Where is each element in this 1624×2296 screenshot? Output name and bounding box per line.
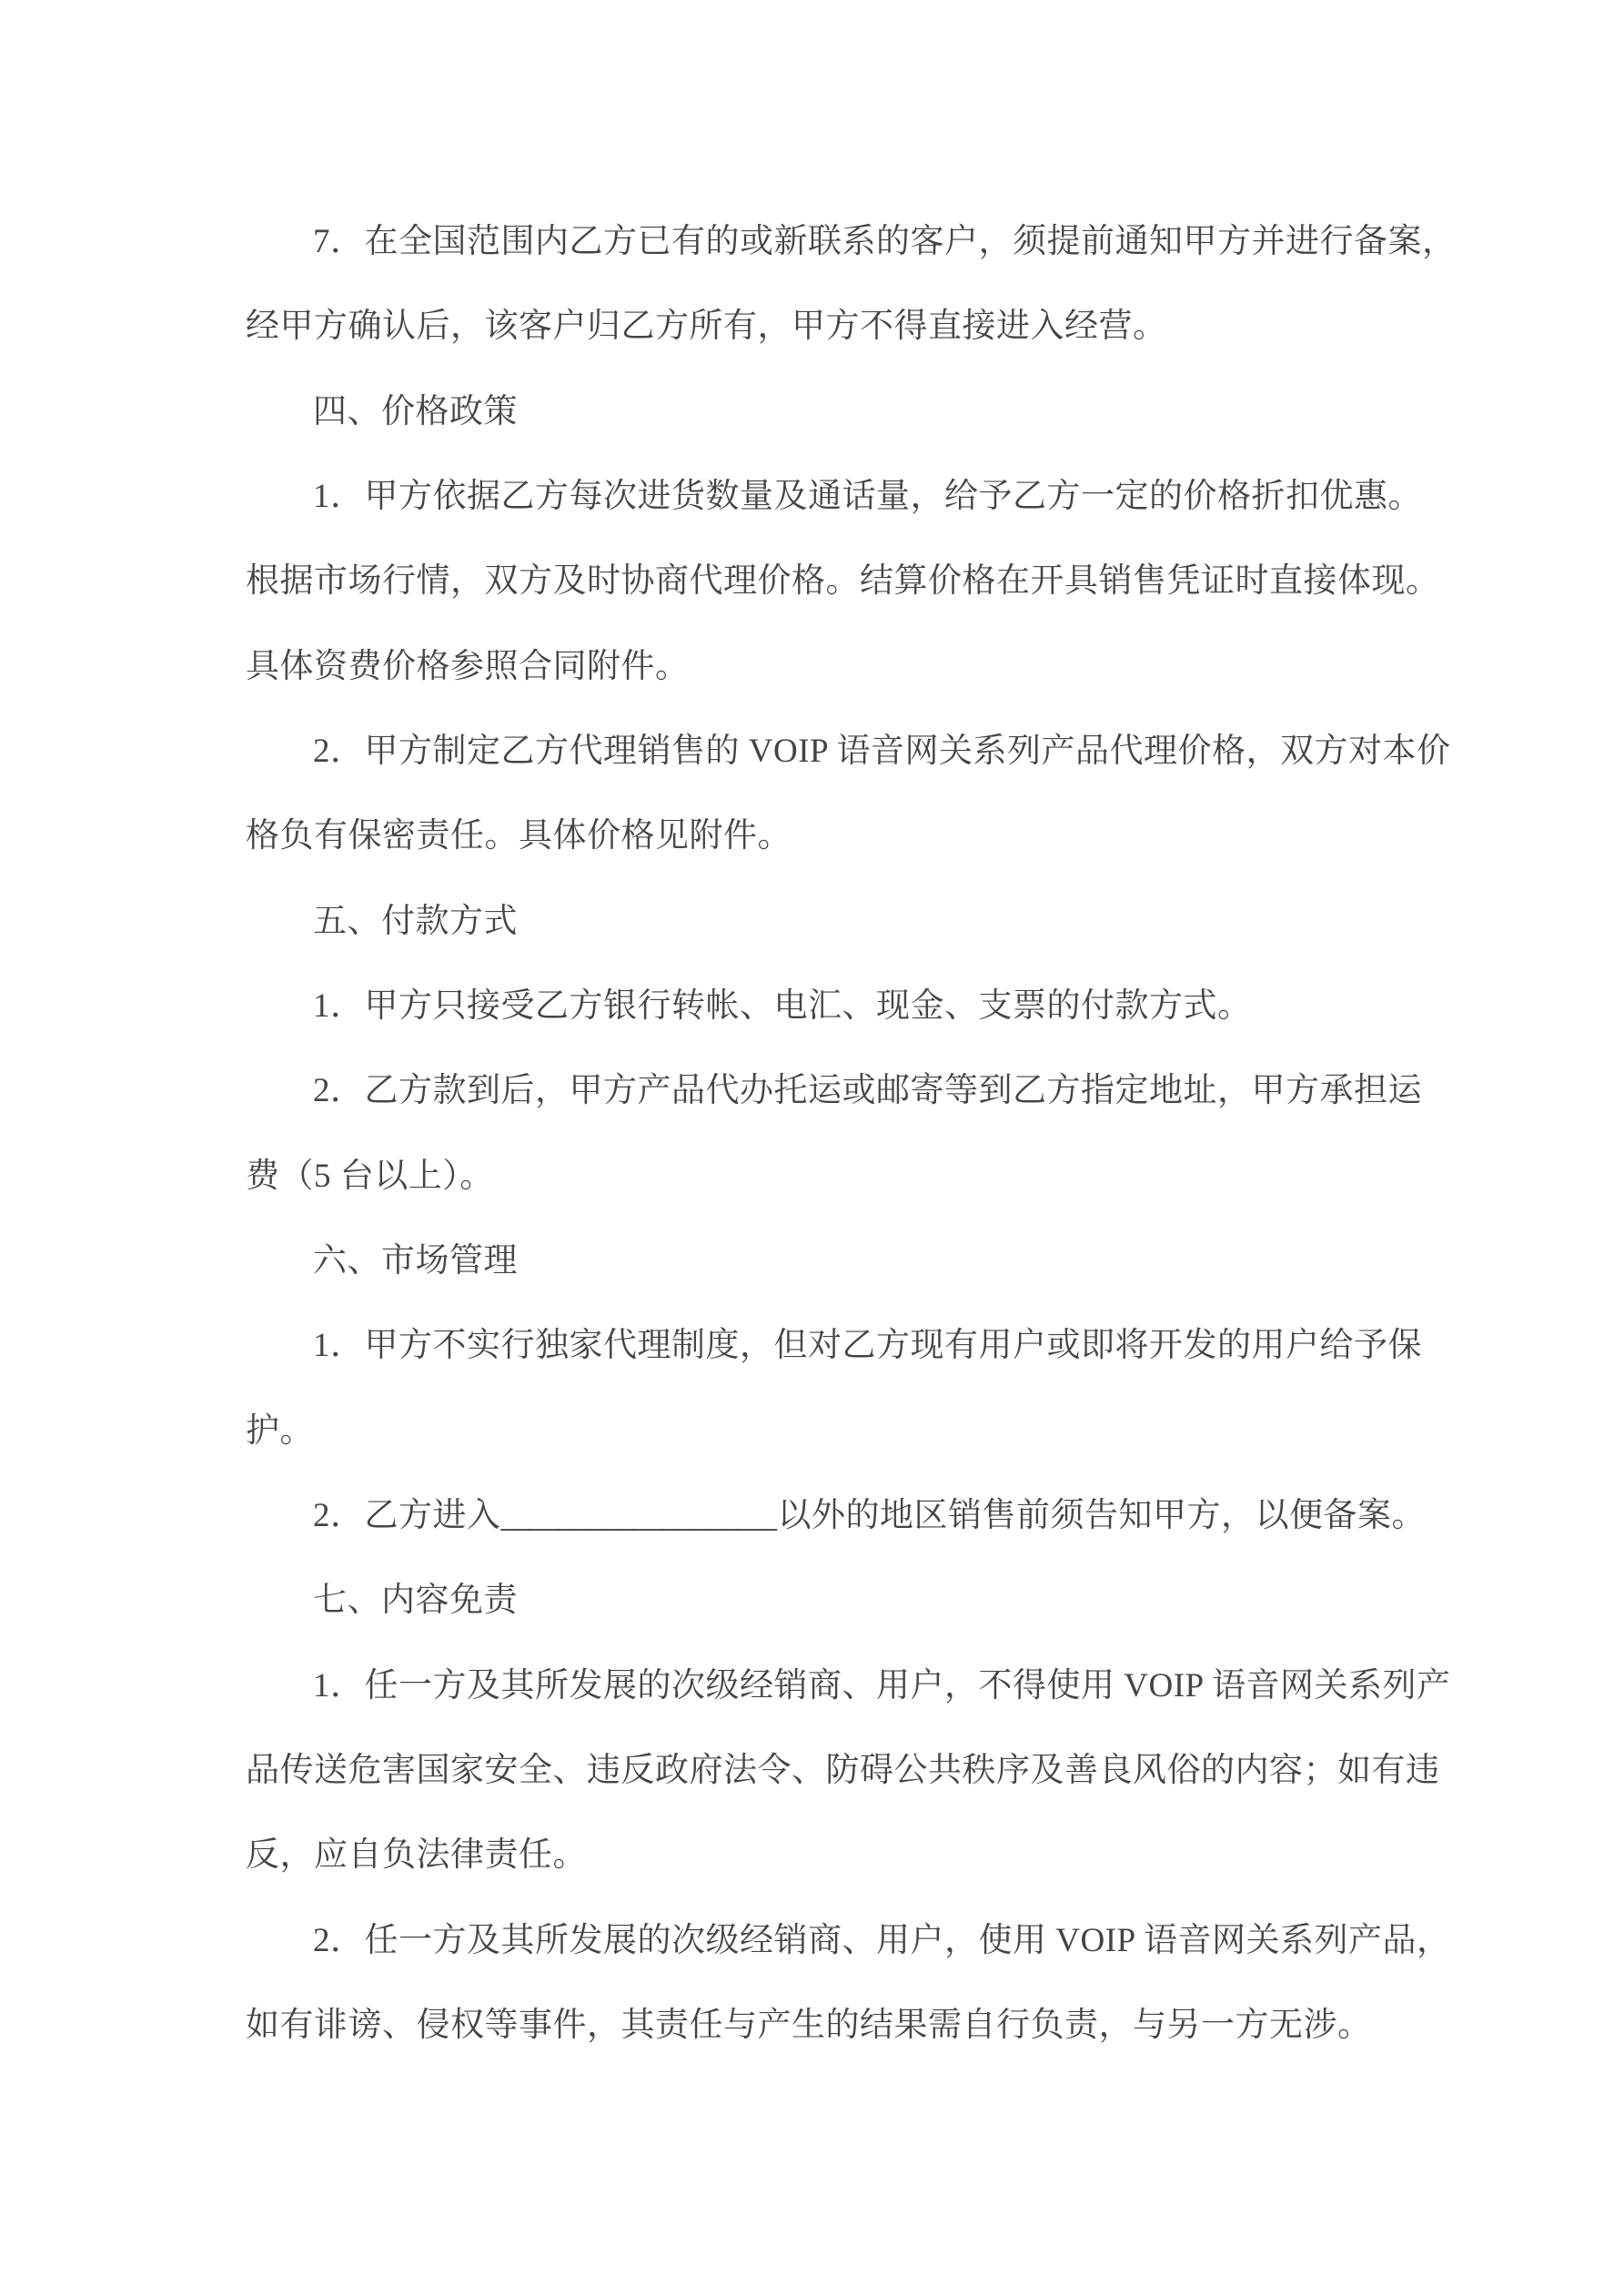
document-body: 7．在全国范围内乙方已有的或新联系的客户，须提前通知甲方并进行备案，经甲方确认后… — [246, 221, 1392, 2089]
text-line: 1．甲方依据乙方每次进货数量及通话量，给予乙方一定的价格折扣优惠。 — [246, 476, 1392, 561]
section-heading: 七、内容免责 — [246, 1580, 1392, 1664]
text-line: 1．任一方及其所发展的次级经销商、用户，不得使用 VOIP 语音网关系列产 — [246, 1665, 1392, 1750]
text-line: 格负有保密责任。具体价格见附件。 — [246, 815, 1392, 900]
text-line: 品传送危害国家安全、违反政府法令、防碍公共秩序及善良风俗的内容；如有违 — [246, 1750, 1392, 1835]
text-line: 经甲方确认后，该客户归乙方所有，甲方不得直接进入经营。 — [246, 306, 1392, 390]
text-line: 2．任一方及其所发展的次级经销商、用户，使用 VOIP 语音网关系列产品， — [246, 1920, 1392, 2005]
section-heading: 四、价格政策 — [246, 391, 1392, 476]
text-line: 7．在全国范围内乙方已有的或新联系的客户，须提前通知甲方并进行备案， — [246, 221, 1392, 306]
text-line: 护。 — [246, 1411, 1392, 1495]
text-line: 费（5 台以上）。 — [246, 1156, 1392, 1240]
text-line: 1．甲方不实行独家代理制度，但对乙方现有用户或即将开发的用户给予保 — [246, 1325, 1392, 1410]
section-heading: 六、市场管理 — [246, 1240, 1392, 1325]
text-line: 如有诽谤、侵权等事件，其责任与产生的结果需自行负责，与另一方无涉。 — [246, 2005, 1392, 2089]
text-line: 根据市场行情，双方及时协商代理价格。结算价格在开具销售凭证时直接体现。 — [246, 561, 1392, 645]
text-line: 1．甲方只接受乙方银行转帐、电汇、现金、支票的付款方式。 — [246, 986, 1392, 1070]
section-heading: 五、付款方式 — [246, 901, 1392, 986]
text-line: 反，应自负法律责任。 — [246, 1835, 1392, 1919]
text-line: 2．甲方制定乙方代理销售的 VOIP 语音网关系列产品代理价格，双方对本价 — [246, 731, 1392, 815]
text-line: 具体资费价格参照合同附件。 — [246, 646, 1392, 731]
text-line: 2．乙方进入________________以外的地区销售前须告知甲方，以便备案… — [246, 1495, 1392, 1580]
document-page: 7．在全国范围内乙方已有的或新联系的客户，须提前通知甲方并进行备案，经甲方确认后… — [0, 0, 1624, 2296]
text-line: 2．乙方款到后，甲方产品代办托运或邮寄等到乙方指定地址，甲方承担运 — [246, 1070, 1392, 1155]
